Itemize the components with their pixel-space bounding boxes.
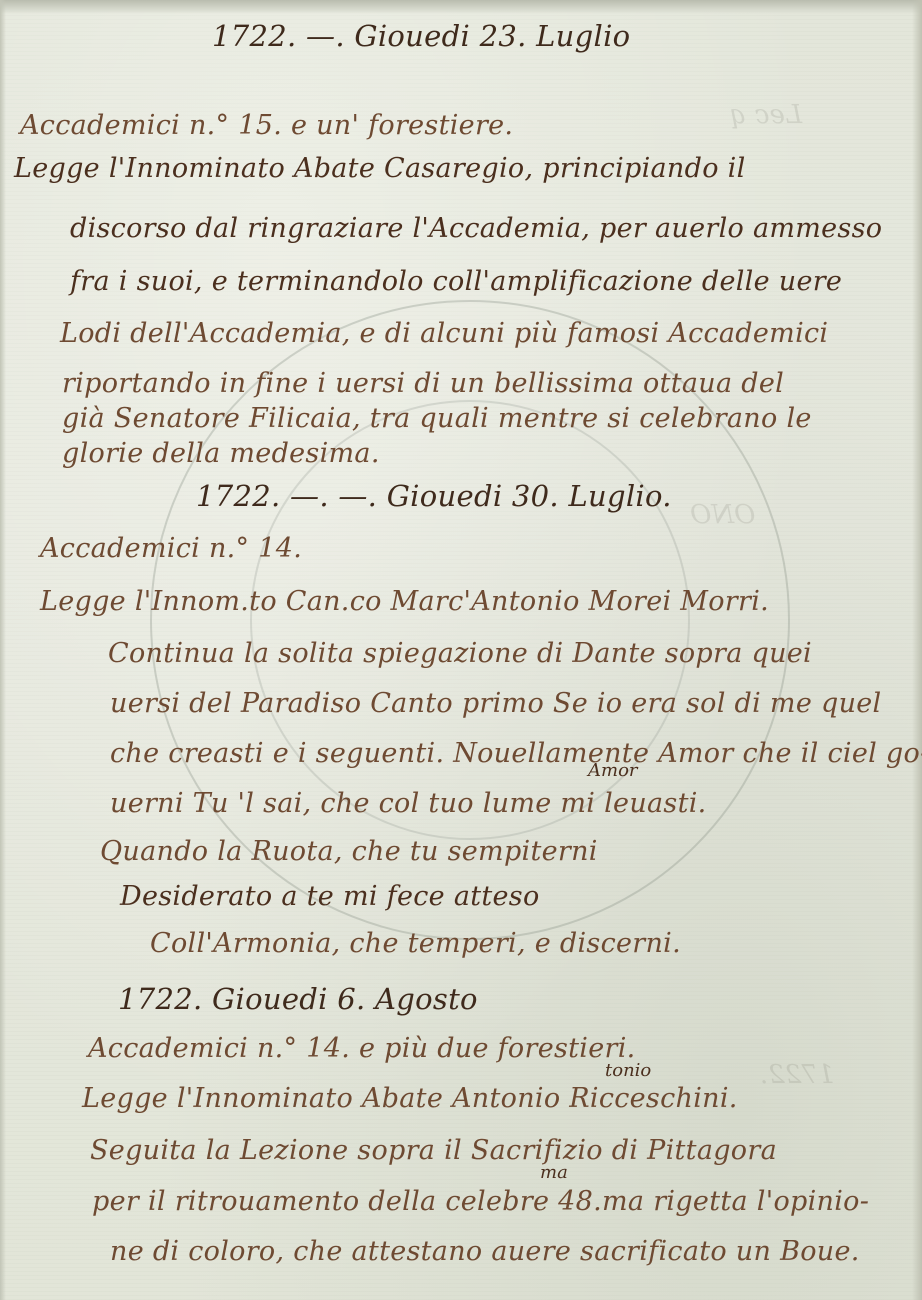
manuscript-line: uersi del Paradiso Canto primo Se io era…	[110, 690, 881, 717]
manuscript-line: glorie della medesima.	[62, 440, 380, 467]
manuscript-line: Lodi dell'Accademia, e di alcuni più fam…	[60, 320, 828, 347]
interlinear-insertion: ma	[540, 1162, 568, 1183]
manuscript-line: Quando la Ruota, che tu sempiterni	[100, 838, 598, 865]
manuscript-line: Legge l'Innom.to Can.co Marc'Antonio Mor…	[40, 588, 769, 615]
date-heading: 1722. —. —. Giouedi 30. Luglio.	[196, 482, 672, 511]
manuscript-line: ne di coloro, che attestano auere sacrif…	[110, 1238, 860, 1265]
bleed-through-text: Lec q	[730, 100, 802, 130]
date-heading: 1722. —. Giouedi 23. Luglio	[212, 22, 630, 51]
manuscript-line: che creasti e i seguenti. Nouellamente A…	[110, 740, 922, 767]
manuscript-line: Seguita la Lezione sopra il Sacrifizio d…	[90, 1137, 777, 1164]
manuscript-line: Desiderato a te mi fece atteso	[120, 883, 540, 910]
bleed-through-text: 1722.	[760, 1060, 834, 1090]
manuscript-line: discorso dal ringraziare l'Accademia, pe…	[70, 215, 882, 242]
manuscript-line: Accademici n.° 14. e più due forestieri.	[88, 1035, 636, 1062]
manuscript-line: riportando in fine i uersi di un belliss…	[62, 370, 784, 397]
date-heading: 1722. Giouedi 6. Agosto	[118, 985, 478, 1014]
manuscript-line: Legge l'Innominato Abate Antonio Riccesc…	[82, 1085, 738, 1112]
manuscript-line: per il ritrouamento della celebre 48.ma …	[92, 1188, 869, 1215]
manuscript-line: Accademici n.° 15. e un' forestiere.	[20, 112, 513, 139]
bleed-through-text: ONO	[690, 500, 755, 530]
interlinear-insertion: tonio	[605, 1060, 651, 1081]
manuscript-line: Continua la solita spiegazione di Dante …	[108, 640, 812, 667]
manuscript-page: Lec q ONO 1722. 1722. —. Giouedi 23. Lug…	[0, 0, 922, 1300]
page-right-edge	[912, 0, 922, 1300]
interlinear-insertion: Amor	[588, 760, 638, 781]
manuscript-line: uerni Tu 'l sai, che col tuo lume mi leu…	[110, 790, 707, 817]
page-top-edge	[0, 0, 922, 14]
manuscript-line: Coll'Armonia, che temperi, e discerni.	[150, 930, 681, 957]
manuscript-line: Legge l'Innominato Abate Casaregio, prin…	[14, 155, 746, 182]
manuscript-line: fra i suoi, e terminandolo coll'amplific…	[70, 268, 842, 295]
page-left-edge	[0, 0, 6, 1300]
manuscript-line: già Senatore Filicaia, tra quali mentre …	[62, 405, 812, 432]
manuscript-line: Accademici n.° 14.	[40, 535, 302, 562]
